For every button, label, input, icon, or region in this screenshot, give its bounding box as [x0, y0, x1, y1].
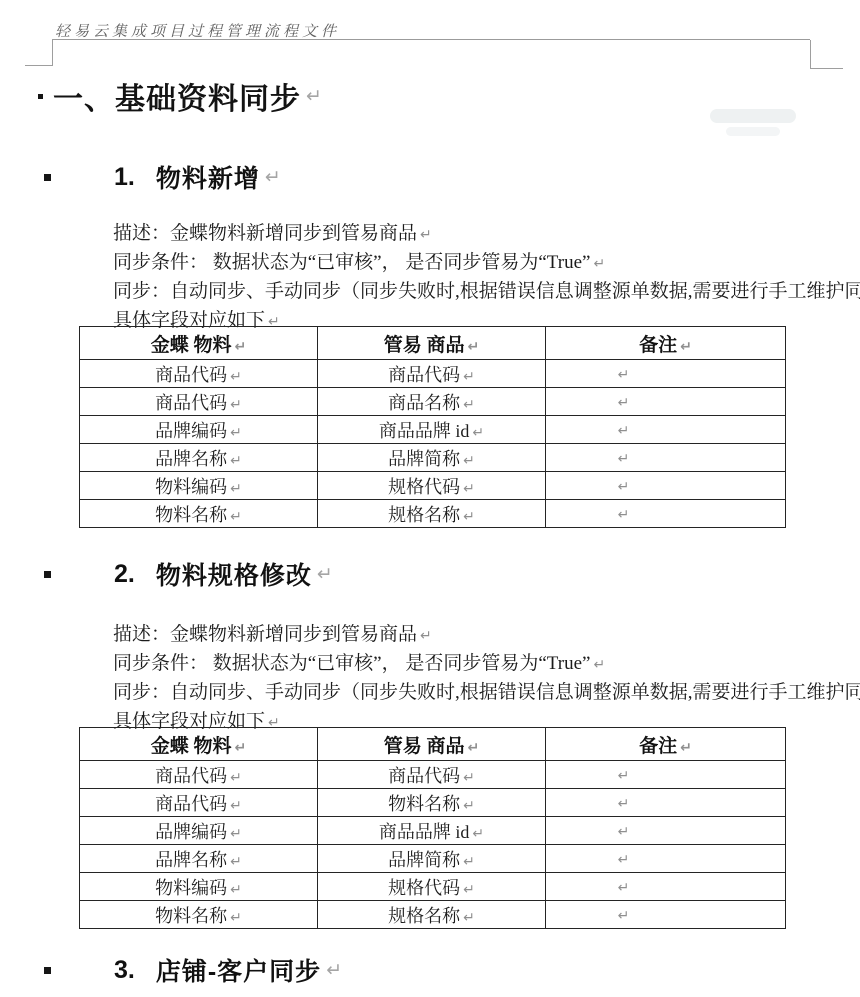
paragraph-text: 同步条件： 数据状态为“已审核”， 是否同步管易为“True”: [113, 653, 590, 674]
paragraph-text: 描述：金蝶物料新增同步到管易商品: [113, 223, 417, 244]
pilcrow-mark: ↵: [230, 397, 242, 413]
pilcrow-mark: ↵: [618, 796, 630, 812]
table-row: 物料编码↵ 规格代码↵ ↵: [80, 472, 786, 500]
heading-format-mark: [44, 174, 51, 181]
cell-text: 规格代码: [388, 477, 460, 497]
margin-crop-mark-left: [25, 65, 53, 66]
cell-text: 物料编码: [155, 477, 227, 497]
table-row: 物料名称↵ 规格名称↵ ↵: [80, 901, 786, 929]
pilcrow-mark: ↵: [468, 339, 480, 355]
header-text: 备注: [639, 335, 677, 356]
heading-format-mark: [44, 571, 51, 578]
header-rule: [52, 39, 810, 40]
section-title: 店铺-客户同步: [156, 952, 321, 988]
cell-text: 商品品牌 id: [379, 421, 470, 441]
cell-text: 物料名称: [388, 794, 460, 814]
faint-watermark: [726, 127, 780, 136]
pilcrow-mark: ↵: [230, 826, 242, 842]
cell-text: 品牌简称: [388, 850, 460, 870]
pilcrow-mark: ↵: [618, 824, 630, 840]
margin-crop-mark-right: [810, 68, 843, 69]
document-page: 轻易云集成项目过程管理流程文件 一、基础资料同步 ↵ 1. 物料新增 ↵ 描述：…: [0, 0, 860, 997]
paragraph-sync: 同步：自动同步、手动同步（同步失败时,根据错误信息调整源单数据,需要进行手工维护…: [113, 278, 828, 307]
cell-text: 商品代码: [388, 766, 460, 786]
field-mapping-table-2: 金蝶 物料↵ 管易 商品↵ 备注↵ 商品代码↵ 商品代码↵ ↵ 商品代码↵ 物料…: [79, 727, 786, 929]
pilcrow-mark: ↵: [618, 395, 630, 411]
pilcrow-mark: ↵: [618, 908, 630, 924]
pilcrow-mark: ↵: [463, 453, 475, 469]
column-header: 金蝶 物料↵: [80, 728, 318, 761]
margin-crop-mark-right: [810, 40, 811, 69]
paragraph-text: 同步：自动同步、手动同步（同步失败时,根据错误信息调整源单数据,需要进行手工维护…: [113, 682, 860, 703]
pilcrow-mark: ↵: [230, 798, 242, 814]
paragraph-text: 描述：金蝶物料新增同步到管易商品: [113, 624, 417, 645]
paragraph-desc: 描述：金蝶物料新增同步到管易商品↵: [113, 621, 828, 650]
table-row: 品牌编码↵ 商品品牌 id↵ ↵: [80, 416, 786, 444]
table-row: 物料名称↵ 规格名称↵ ↵: [80, 500, 786, 528]
pilcrow-mark: ↵: [618, 768, 630, 784]
pilcrow-mark: ↵: [265, 166, 281, 188]
pilcrow-mark: ↵: [680, 740, 692, 756]
pilcrow-mark: ↵: [230, 882, 242, 898]
cell-text: 商品代码: [155, 794, 227, 814]
pilcrow-mark: ↵: [463, 798, 475, 814]
table-row: 品牌编码↵ 商品品牌 id↵ ↵: [80, 817, 786, 845]
chapter-heading: 一、基础资料同步 ↵: [38, 76, 322, 116]
table-row: 商品代码↵ 商品代码↵ ↵: [80, 360, 786, 388]
cell-text: 商品代码: [388, 365, 460, 385]
margin-crop-mark-left: [52, 39, 53, 66]
pilcrow-mark: ↵: [463, 397, 475, 413]
pilcrow-mark: ↵: [463, 882, 475, 898]
section-heading-2: 2. 物料规格修改 ↵: [44, 556, 333, 592]
cell-text: 商品代码: [155, 365, 227, 385]
section-number: 1.: [114, 163, 135, 192]
section-heading-3: 3. 店铺-客户同步 ↵: [44, 952, 342, 988]
column-header: 备注↵: [546, 728, 786, 761]
pilcrow-mark: ↵: [463, 369, 475, 385]
cell-text: 物料名称: [155, 505, 227, 525]
cell-text: 品牌编码: [155, 822, 227, 842]
pilcrow-mark: ↵: [618, 367, 630, 383]
section-2-paragraphs: 描述：金蝶物料新增同步到管易商品↵ 同步条件： 数据状态为“已审核”， 是否同步…: [113, 621, 828, 737]
header-text: 金蝶 物料: [151, 335, 232, 356]
table-header-row: 金蝶 物料↵ 管易 商品↵ 备注↵: [80, 327, 786, 360]
pilcrow-mark: ↵: [618, 507, 630, 523]
cell-text: 品牌名称: [155, 449, 227, 469]
pilcrow-mark: ↵: [235, 339, 247, 355]
pilcrow-mark: ↵: [230, 453, 242, 469]
paragraph-condition: 同步条件： 数据状态为“已审核”， 是否同步管易为“True”↵: [113, 650, 828, 679]
faint-watermark: [710, 109, 796, 123]
pilcrow-mark: ↵: [317, 563, 333, 585]
paragraph-condition: 同步条件： 数据状态为“已审核”， 是否同步管易为“True”↵: [113, 249, 828, 278]
pilcrow-mark: ↵: [463, 770, 475, 786]
pilcrow-mark: ↵: [468, 740, 480, 756]
pilcrow-mark: ↵: [618, 479, 630, 495]
section-number: 2.: [114, 560, 135, 589]
pilcrow-mark: ↵: [463, 910, 475, 926]
paragraph-desc: 描述：金蝶物料新增同步到管易商品↵: [113, 220, 828, 249]
pilcrow-mark: ↵: [230, 425, 242, 441]
pilcrow-mark: ↵: [618, 880, 630, 896]
cell-text: 规格代码: [388, 878, 460, 898]
table-row: 品牌名称↵ 品牌简称↵ ↵: [80, 444, 786, 472]
pilcrow-mark: ↵: [230, 509, 242, 525]
paragraph-sync: 同步：自动同步、手动同步（同步失败时,根据错误信息调整源单数据,需要进行手工维护…: [113, 679, 828, 708]
cell-text: 规格名称: [388, 505, 460, 525]
cell-text: 商品代码: [155, 393, 227, 413]
pilcrow-mark: ↵: [235, 740, 247, 756]
pilcrow-mark: ↵: [230, 369, 242, 385]
cell-text: 规格名称: [388, 906, 460, 926]
heading-format-mark: [38, 94, 43, 99]
pilcrow-mark: ↵: [680, 339, 692, 355]
pilcrow-mark: ↵: [618, 852, 630, 868]
header-text: 金蝶 物料: [151, 736, 232, 757]
table-row: 商品代码↵ 商品名称↵ ↵: [80, 388, 786, 416]
cell-text: 商品名称: [388, 393, 460, 413]
pilcrow-mark: ↵: [230, 854, 242, 870]
table-row: 物料编码↵ 规格代码↵ ↵: [80, 873, 786, 901]
table-row: 商品代码↵ 物料名称↵ ↵: [80, 789, 786, 817]
column-header: 备注↵: [546, 327, 786, 360]
pilcrow-mark: ↵: [463, 509, 475, 525]
column-header: 管易 商品↵: [318, 327, 546, 360]
cell-text: 物料编码: [155, 878, 227, 898]
section-title: 物料规格修改: [156, 556, 312, 592]
pilcrow-mark: ↵: [593, 256, 605, 272]
cell-text: 商品代码: [155, 766, 227, 786]
page-header-title: 轻易云集成项目过程管理流程文件: [55, 20, 340, 41]
pilcrow-mark: ↵: [420, 227, 432, 243]
table-row: 商品代码↵ 商品代码↵ ↵: [80, 761, 786, 789]
cell-text: 物料名称: [155, 906, 227, 926]
pilcrow-mark: ↵: [472, 826, 484, 842]
header-text: 管易 商品: [384, 335, 465, 356]
pilcrow-mark: ↵: [593, 657, 605, 673]
pilcrow-mark: ↵: [230, 910, 242, 926]
pilcrow-mark: ↵: [306, 85, 322, 107]
cell-text: 品牌简称: [388, 449, 460, 469]
header-text: 备注: [639, 736, 677, 757]
column-header: 管易 商品↵: [318, 728, 546, 761]
pilcrow-mark: ↵: [230, 770, 242, 786]
pilcrow-mark: ↵: [463, 854, 475, 870]
pilcrow-mark: ↵: [463, 481, 475, 497]
table-header-row: 金蝶 物料↵ 管易 商品↵ 备注↵: [80, 728, 786, 761]
section-heading-1: 1. 物料新增 ↵: [44, 159, 281, 195]
pilcrow-mark: ↵: [618, 451, 630, 467]
pilcrow-mark: ↵: [230, 481, 242, 497]
section-title: 物料新增: [156, 159, 260, 195]
cell-text: 商品品牌 id: [379, 822, 470, 842]
cell-text: 品牌编码: [155, 421, 227, 441]
field-mapping-table-1: 金蝶 物料↵ 管易 商品↵ 备注↵ 商品代码↵ 商品代码↵ ↵ 商品代码↵ 商品…: [79, 326, 786, 528]
table-row: 品牌名称↵ 品牌简称↵ ↵: [80, 845, 786, 873]
chapter-heading-text: 一、基础资料同步: [53, 74, 301, 118]
cell-text: 品牌名称: [155, 850, 227, 870]
section-1-paragraphs: 描述：金蝶物料新增同步到管易商品↵ 同步条件： 数据状态为“已审核”， 是否同步…: [113, 220, 828, 336]
pilcrow-mark: ↵: [420, 628, 432, 644]
pilcrow-mark: ↵: [472, 425, 484, 441]
paragraph-text: 同步：自动同步、手动同步（同步失败时,根据错误信息调整源单数据,需要进行手工维护…: [113, 281, 860, 302]
header-text: 管易 商品: [384, 736, 465, 757]
column-header: 金蝶 物料↵: [80, 327, 318, 360]
paragraph-text: 同步条件： 数据状态为“已审核”， 是否同步管易为“True”: [113, 252, 590, 273]
heading-format-mark: [44, 967, 51, 974]
section-number: 3.: [114, 956, 135, 985]
pilcrow-mark: ↵: [618, 423, 630, 439]
pilcrow-mark: ↵: [326, 959, 342, 981]
